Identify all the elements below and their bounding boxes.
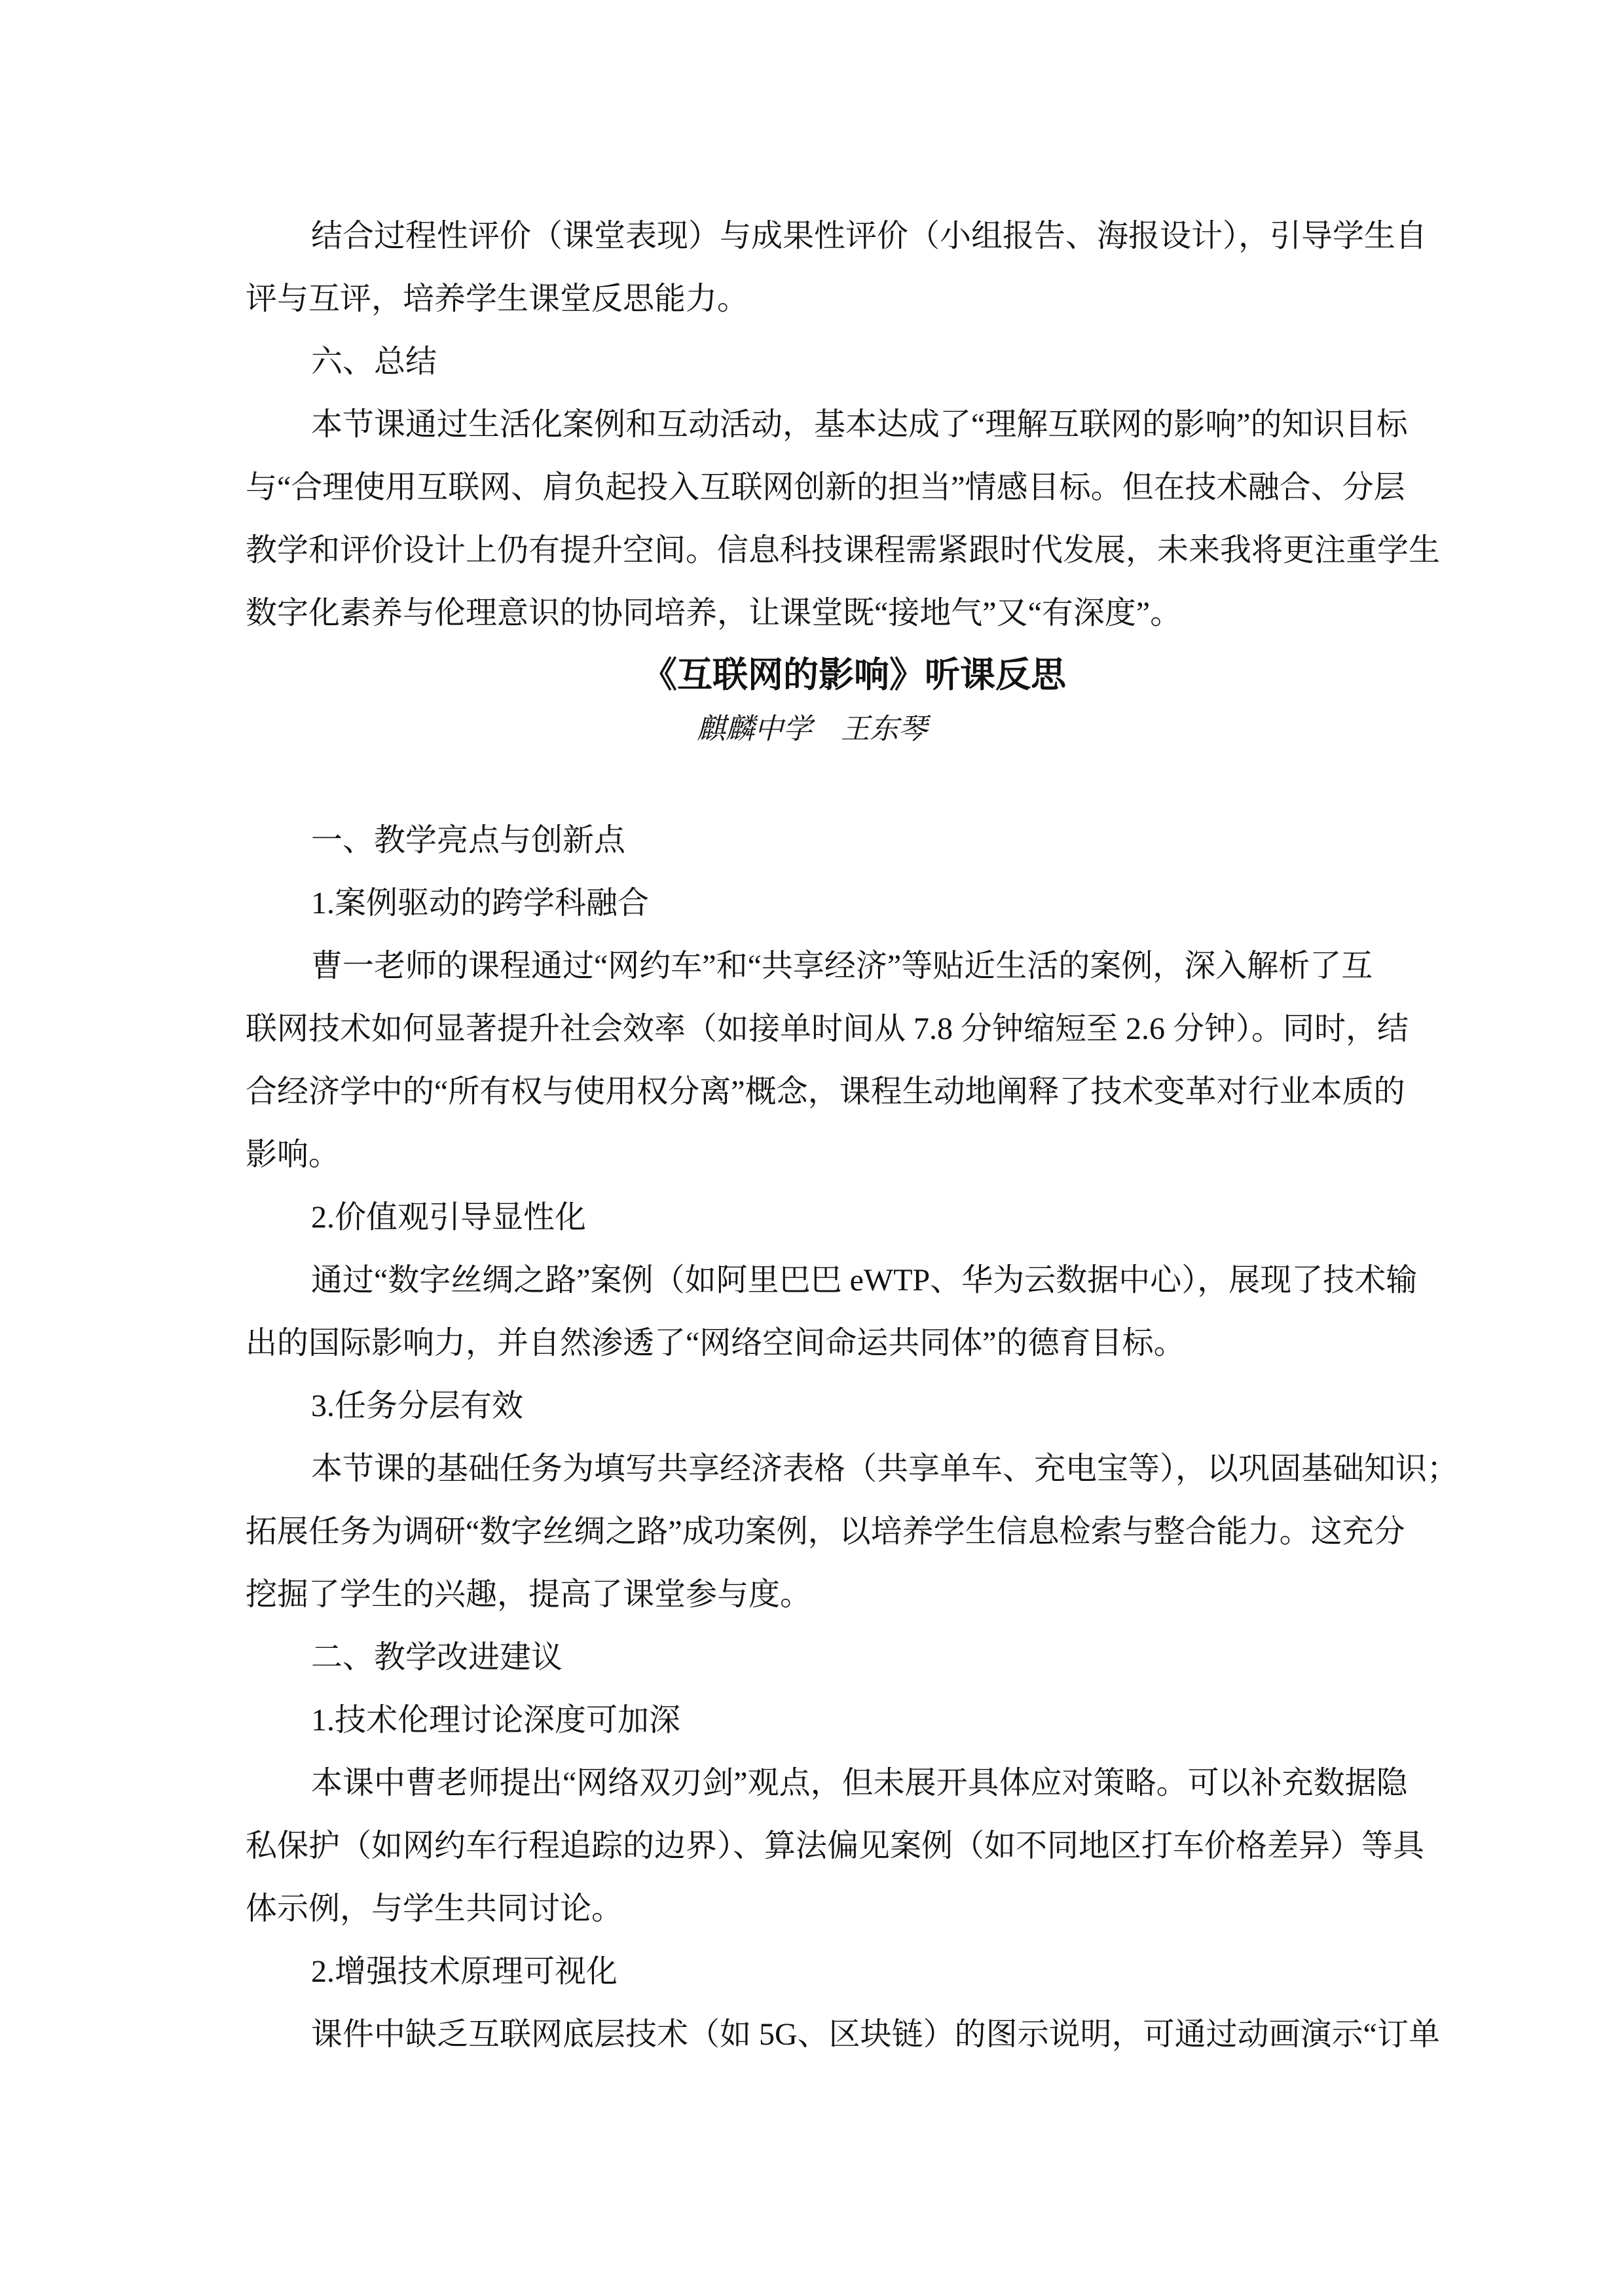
blank-line [246, 754, 1378, 809]
text-line: 课件中缺乏互联网底层技术（如 5G、区块链）的图示说明，可通过动画演示“订单 [246, 2003, 1378, 2066]
text-line: 影响。 [246, 1123, 1378, 1186]
text-line: 教学和评价设计上仍有提升空间。信息科技课程需紧跟时代发展，未来我将更注重学生 [246, 519, 1378, 582]
text-line: 二、教学改进建议 [246, 1626, 1378, 1689]
text-line: 本课中曹老师提出“网络双刃剑”观点，但未展开具体应对策略。可以补充数据隐 [246, 1752, 1378, 1815]
text-line: 2.增强技术原理可视化 [246, 1941, 1378, 2003]
text-line: 结合过程性评价（课堂表现）与成果性评价（小组报告、海报设计），引导学生自 [246, 205, 1378, 268]
text-line: 1.案例驱动的跨学科融合 [246, 872, 1378, 935]
document-page: 结合过程性评价（课堂表现）与成果性评价（小组报告、海报设计），引导学生自评与互评… [0, 0, 1624, 2296]
text-line: 数字化素养与伦理意识的协同培养，让课堂既“接地气”又“有深度”。 [246, 582, 1378, 645]
text-line: 本节课的基础任务为填写共享经济表格（共享单车、充电宝等），以巩固基础知识； [246, 1438, 1378, 1501]
text-line: 本节课通过生活化案例和互动活动，基本达成了“理解互联网的影响”的知识目标 [246, 393, 1378, 456]
text-line: 合经济学中的“所有权与使用权分离”概念，课程生动地阐释了技术变革对行业本质的 [246, 1061, 1378, 1123]
text-line: 联网技术如何显著提升社会效率（如接单时间从 7.8 分钟缩短至 2.6 分钟）。… [246, 998, 1378, 1061]
text-line: 评与互评，培养学生课堂反思能力。 [246, 268, 1378, 331]
text-line: 与“合理使用互联网、肩负起投入互联网创新的担当”情感目标。但在技术融合、分层 [246, 456, 1378, 519]
text-line: 私保护（如网约车行程追踪的边界）、算法偏见案例（如不同地区打车价格差异）等具 [246, 1815, 1378, 1878]
text-line: 拓展任务为调研“数字丝绸之路”成功案例，以培养学生信息检索与整合能力。这充分 [246, 1501, 1378, 1563]
document-title: 《互联网的影响》听课反思 [287, 645, 1420, 705]
page-content: 结合过程性评价（课堂表现）与成果性评价（小组报告、海报设计），引导学生自评与互评… [246, 205, 1378, 2066]
text-line: 通过“数字丝绸之路”案例（如阿里巴巴 eWTP、华为云数据中心），展现了技术输 [246, 1249, 1378, 1312]
text-line: 六、总结 [246, 331, 1378, 393]
text-line: 3.任务分层有效 [246, 1375, 1378, 1438]
text-line: 出的国际影响力，并自然渗透了“网络空间命运共同体”的德育目标。 [246, 1312, 1378, 1375]
pre-title-block: 结合过程性评价（课堂表现）与成果性评价（小组报告、海报设计），引导学生自评与互评… [246, 205, 1378, 645]
text-line: 一、教学亮点与创新点 [246, 809, 1378, 872]
document-byline: 麒麟中学 王东琴 [246, 705, 1378, 754]
body-block: 一、教学亮点与创新点1.案例驱动的跨学科融合曹一老师的课程通过“网约车”和“共享… [246, 809, 1378, 2066]
text-line: 1.技术伦理讨论深度可加深 [246, 1689, 1378, 1752]
text-line: 挖掘了学生的兴趣，提高了课堂参与度。 [246, 1563, 1378, 1626]
text-line: 曹一老师的课程通过“网约车”和“共享经济”等贴近生活的案例，深入解析了互 [246, 935, 1378, 998]
text-line: 2.价值观引导显性化 [246, 1186, 1378, 1249]
text-line: 体示例，与学生共同讨论。 [246, 1878, 1378, 1941]
